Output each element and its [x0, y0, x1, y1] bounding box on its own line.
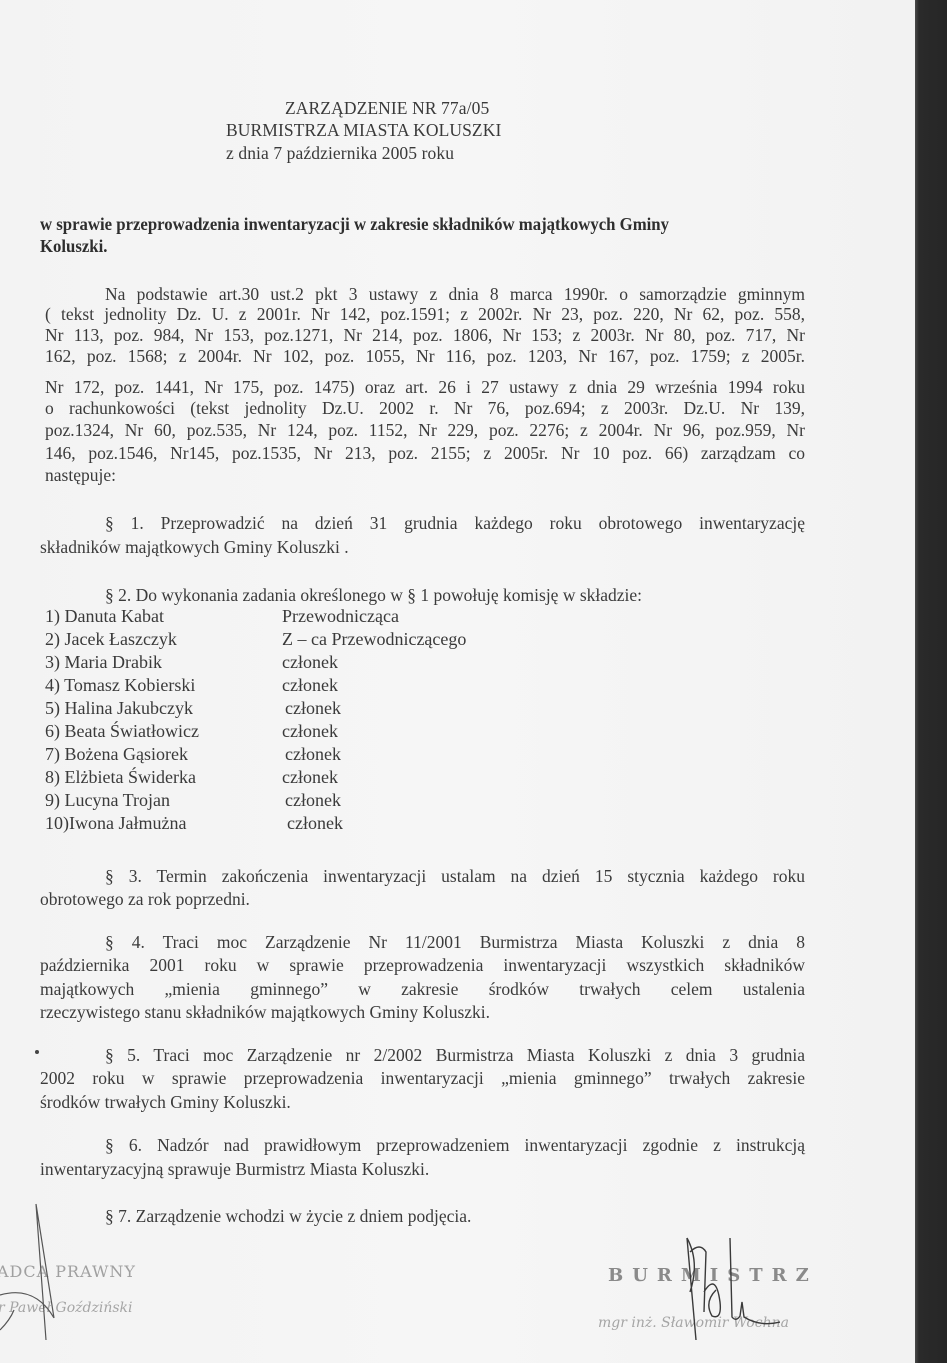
committee-member-name: 6) Beata Światłowicz — [45, 721, 199, 742]
section-4-line: października 2001 roku w sprawie przepro… — [40, 955, 805, 976]
committee-member-name: 4) Tomasz Kobierski — [45, 675, 195, 696]
subject-line-1: w sprawie przeprowadzenia inwentaryzacji… — [40, 214, 803, 235]
section-6-line: inwentaryzacyjną sprawuje Burmistrz Mias… — [40, 1159, 429, 1180]
committee-member-role: członek — [285, 698, 341, 719]
committee-member-name: 9) Lucyna Trojan — [45, 790, 170, 811]
section-5-line: § 5. Traci moc Zarządzenie nr 2/2002 Bur… — [105, 1045, 805, 1066]
preamble-line: poz.1324, Nr 60, poz.535, Nr 124, poz. 1… — [45, 420, 805, 441]
legal-advisor-signature — [0, 1200, 80, 1350]
scan-edge-shadow — [915, 0, 947, 1363]
section-5-line: środków trwałych Gminy Koluszki. — [40, 1092, 291, 1113]
order-number: ZARZĄDZENIE NR 77a/05 — [285, 98, 489, 119]
section-4-line: rzeczywistego stanu składników majątkowy… — [40, 1002, 490, 1023]
committee-member-role: członek — [282, 721, 338, 742]
committee-member-role: członek — [285, 744, 341, 765]
section-2-line: § 2. Do wykonania zadania określonego w … — [105, 585, 642, 606]
preamble-line: 162, poz. 1568; z 2004r. Nr 102, poz. 10… — [45, 346, 805, 367]
committee-member-name: 2) Jacek Łaszczyk — [45, 629, 177, 650]
subject-line-2: Koluszki. — [40, 236, 107, 257]
committee-member-role: członek — [287, 813, 343, 834]
committee-member-role: Przewodnicząca — [282, 606, 399, 627]
preamble-line: ( tekst jednolity Dz. U. z 2001r. Nr 142… — [45, 304, 805, 325]
committee-member-name: 5) Halina Jakubczyk — [45, 698, 193, 719]
section-3-line: obrotowego za rok poprzedni. — [40, 889, 250, 910]
committee-member-name: 3) Maria Drabik — [45, 652, 162, 673]
section-4-line: § 4. Traci moc Zarządzenie Nr 11/2001 Bu… — [105, 932, 805, 953]
committee-member-name: 8) Elżbieta Świderka — [45, 767, 196, 788]
preamble-line: Nr 172, poz. 1441, Nr 175, poz. 1475) or… — [45, 377, 805, 398]
section-1-line: składników majątkowych Gminy Koluszki . — [40, 537, 349, 558]
committee-member-role: Z – ca Przewodniczącego — [282, 629, 466, 650]
section-4-line: majątkowych „mienia gminnego” w zakresie… — [40, 979, 805, 1000]
section-5-line: 2002 roku w sprawie przeprowadzenia inwe… — [40, 1068, 805, 1089]
order-date: z dnia 7 października 2005 roku — [226, 143, 454, 164]
document-page: ZARZĄDZENIE NR 77a/05 BURMISTRZA MIASTA … — [0, 0, 915, 1363]
section-7-line: § 7. Zarządzenie wchodzi w życie z dniem… — [105, 1206, 471, 1227]
committee-member-role: członek — [282, 675, 338, 696]
preamble-line: następuje: — [45, 465, 116, 486]
preamble-line: o rachunkowości (tekst jednolity Dz.U. 2… — [45, 398, 805, 419]
mayor-signature — [660, 1232, 780, 1352]
issuer: BURMISTRZA MIASTA KOLUSZKI — [226, 120, 501, 141]
committee-member-role: członek — [282, 767, 338, 788]
preamble-line: Nr 113, poz. 984, Nr 153, poz.1271, Nr 2… — [45, 325, 805, 346]
section-3-line: § 3. Termin zakończenia inwentaryzacji u… — [105, 866, 805, 887]
committee-member-role: członek — [285, 790, 341, 811]
committee-member-name: 7) Bożena Gąsiorek — [45, 744, 188, 765]
committee-member-name: 10)Iwona Jałmużna — [45, 813, 186, 834]
section-1-line: § 1. Przeprowadzić na dzień 31 grudnia k… — [105, 513, 805, 534]
preamble-line: 146, poz.1546, Nr145, poz.1535, Nr 213, … — [45, 443, 805, 464]
committee-member-name: 1) Danuta Kabat — [45, 606, 164, 627]
section-6-line: § 6. Nadzór nad prawidłowym przeprowadze… — [105, 1135, 805, 1156]
preamble-line: Na podstawie art.30 ust.2 pkt 3 ustawy z… — [105, 284, 805, 305]
committee-member-role: członek — [282, 652, 338, 673]
bullet-mark — [35, 1050, 39, 1054]
